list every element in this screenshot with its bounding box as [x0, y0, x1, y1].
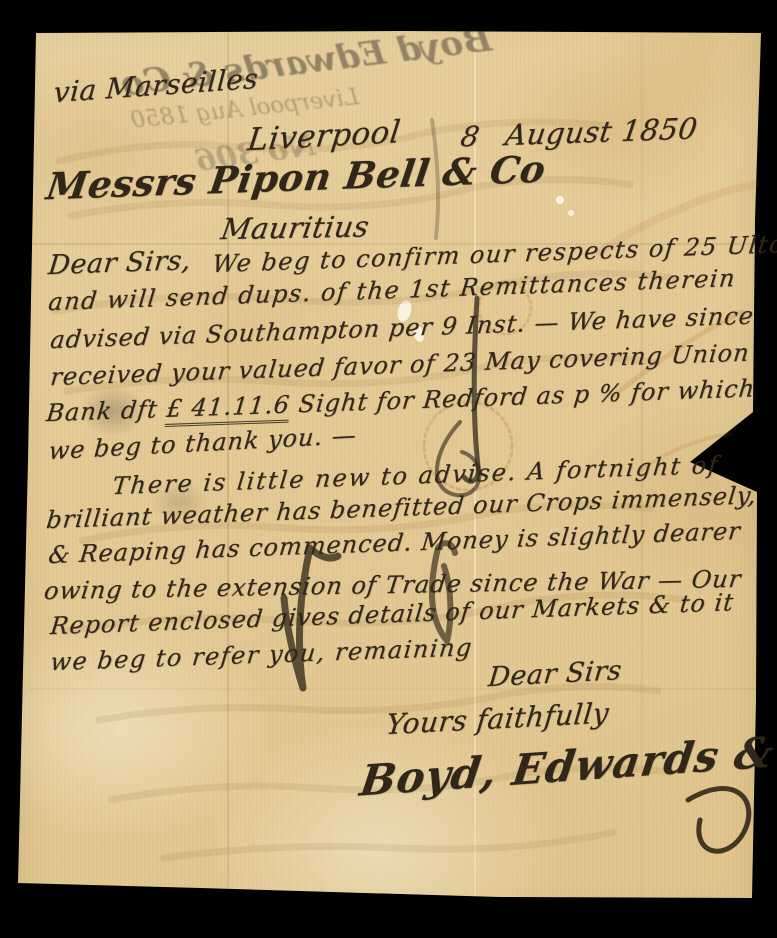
addressee-city: Mauritius	[219, 209, 372, 246]
salutation: Dear Sirs,	[47, 245, 193, 281]
fold-crease-horizontal-lower	[30, 688, 757, 690]
paper-damage-spot	[568, 210, 574, 216]
body-line-5-pre: Bank dft	[45, 395, 159, 427]
paper-damage-spot	[556, 196, 564, 204]
scan-backdrop: Boyd Edwards & Co Liverpool Aug 1850 No …	[0, 0, 777, 938]
dateline-date: August 1850	[503, 111, 700, 152]
draft-amount: £ 41.11.6	[165, 390, 292, 426]
